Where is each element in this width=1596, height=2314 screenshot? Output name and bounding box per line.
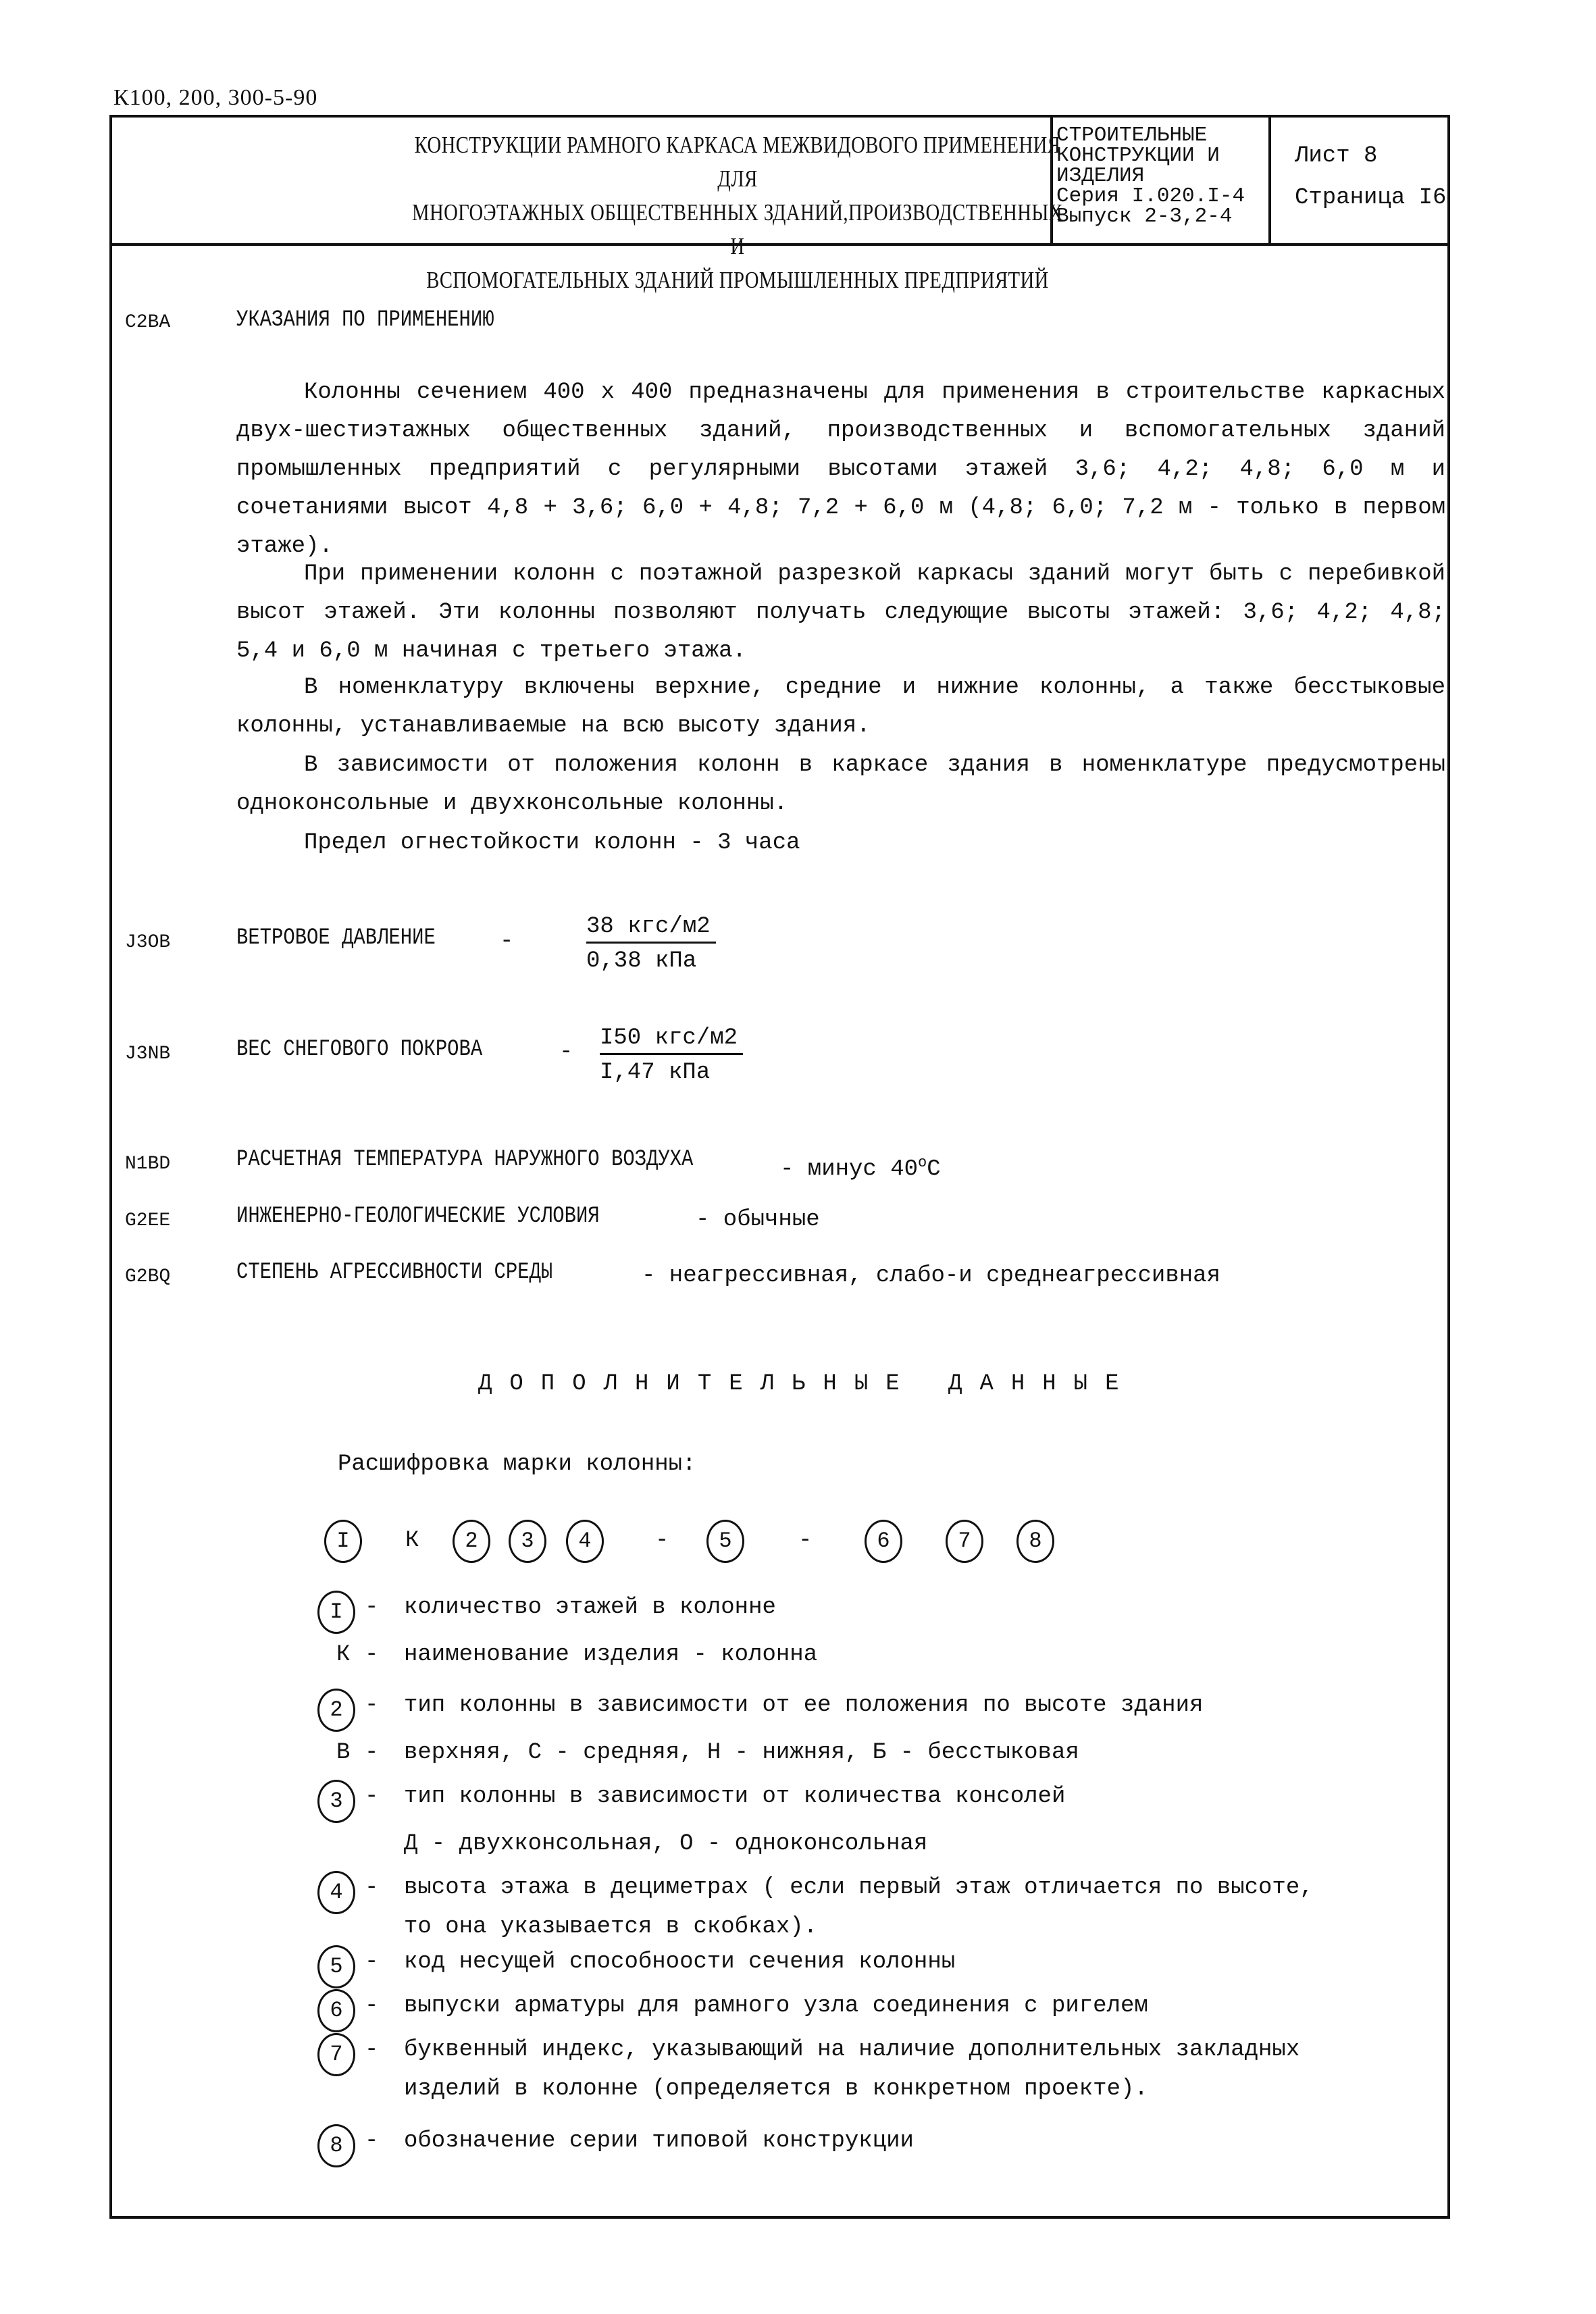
- issue-number: Выпуск 2-3,2-4: [1056, 207, 1266, 227]
- usage-paragraph: Колонны сечением 400 х 400 предназначены…: [236, 374, 1445, 566]
- legend-separator: -: [365, 1642, 378, 1668]
- series-line: ИЗДЕЛИЯ: [1056, 166, 1266, 186]
- mark-letter-k: К: [405, 1528, 419, 1553]
- temperature-row: РАСЧЕТНАЯ ТЕМПЕРАТУРА НАРУЖНОГО ВОЗДУХА: [236, 1147, 774, 1173]
- temperature-label: РАСЧЕТНАЯ ТЕМПЕРАТУРА НАРУЖНОГО ВОЗДУХА: [236, 1147, 693, 1173]
- snow-code: J3NB: [125, 1044, 170, 1064]
- additional-data-title: ДОПОЛНИТЕЛЬНЫЕ ДАННЫЕ: [478, 1371, 1136, 1397]
- snow-value-kpa: I,47 кПа: [600, 1058, 743, 1087]
- snow-value-kgf: I50 кгс/м2: [600, 1023, 743, 1055]
- series-line: СТРОИТЕЛЬНЫЕ: [1056, 126, 1266, 146]
- mark-circle-4: 4: [566, 1520, 604, 1563]
- legend-text: наименование изделия - колонна: [404, 1642, 817, 1668]
- geology-label: ИНЖЕНЕРНО-ГЕОЛОГИЧЕСКИЕ УСЛОВИЯ: [236, 1204, 600, 1229]
- wind-code: J3OB: [125, 932, 170, 953]
- legend-text: количество этажей в колонне: [404, 1595, 776, 1620]
- mark-dash: -: [798, 1528, 812, 1553]
- mark-circle-6: 6: [865, 1520, 902, 1563]
- title-line: МНОГОЭТАЖНЫХ ОБЩЕСТВЕННЫХ ЗДАНИЙ,ПРОИЗВО…: [405, 196, 1070, 263]
- legend-text: выпуски арматуры для рамного узла соедин…: [404, 1993, 1148, 2019]
- legend-separator: -: [365, 1784, 378, 1809]
- header-divider: [1268, 115, 1271, 243]
- sheet-block: Лист 8 Страница I6: [1295, 135, 1446, 219]
- mark-dash: -: [655, 1528, 669, 1553]
- usage-paragraph: В номенклатуру включены верхние, средние…: [236, 669, 1445, 746]
- header-divider: [1050, 115, 1053, 243]
- aggressiveness-label: СТЕПЕНЬ АГРЕССИВНОСТИ СРЕДЫ: [236, 1260, 552, 1285]
- legend-key-letter: В: [336, 1740, 350, 1766]
- sheet-number: Лист 8: [1295, 135, 1446, 177]
- legend-key-letter: К: [336, 1642, 350, 1668]
- wind-label: ВЕТРОВОЕ ДАВЛЕНИЕ: [236, 925, 436, 951]
- section-title-usage: УКАЗАНИЯ ПО ПРИМЕНЕНИЮ: [236, 307, 494, 333]
- fire-resistance: Предел огнестойкости колонн - 3 часа: [236, 824, 1445, 863]
- snow-label: ВЕС СНЕГОВОГО ПОКРОВА: [236, 1037, 482, 1062]
- legend-separator: -: [365, 1949, 378, 1975]
- mark-circle-2: 2: [453, 1520, 490, 1563]
- geology-code: G2EE: [125, 1210, 170, 1231]
- document-code: К100, 200, 300-5-90: [113, 85, 317, 111]
- legend-key-circle: 2: [317, 1689, 355, 1732]
- series-line: КОНСТРУКЦИИ И: [1056, 146, 1266, 166]
- page-number: Страница I6: [1295, 177, 1446, 219]
- snow-value: I50 кгс/м2 I,47 кПа: [600, 1023, 743, 1087]
- usage-paragraph: При применении колонн с поэтажной разрез…: [236, 555, 1445, 671]
- legend-text-continued: изделий в колонне (определяется в конкре…: [404, 2076, 1148, 2102]
- mark-circle-5: 5: [706, 1520, 744, 1563]
- aggressiveness-code: G2BQ: [125, 1266, 170, 1287]
- legend-text: высота этажа в дециметрах ( если первый …: [404, 1875, 1314, 1901]
- usage-paragraph: В зависимости от положения колонн в карк…: [236, 746, 1445, 823]
- title-block: КОНСТРУКЦИИ РАМНОГО КАРКАСА МЕЖВИДОВОГО …: [109, 115, 1450, 246]
- aggressiveness-value: - неагрессивная, слабо-и среднеагрессивн…: [642, 1257, 1220, 1295]
- legend-text-continued: то она указывается в скобках).: [404, 1914, 817, 1940]
- geology-value: - обычные: [696, 1201, 820, 1239]
- mark-circle-1: I: [324, 1520, 362, 1563]
- series-block: СТРОИТЕЛЬНЫЕ КОНСТРУКЦИИ И ИЗДЕЛИЯ Серия…: [1056, 126, 1266, 227]
- series-number: Серия I.020.I-4: [1056, 186, 1266, 207]
- legend-text: верхняя, С - средняя, Н - нижняя, Б - бе…: [404, 1740, 1079, 1766]
- title-line: ВСПОМОГАТЕЛЬНЫХ ЗДАНИЙ ПРОМЫШЛЕННЫХ ПРЕД…: [405, 263, 1070, 297]
- temperature-code: N1BD: [125, 1154, 170, 1175]
- mark-circle-8: 8: [1016, 1520, 1054, 1563]
- legend-separator: -: [365, 1993, 378, 2019]
- wind-value-kgf: 38 кгс/м2: [586, 912, 716, 944]
- legend-text: код несущей способноости сечения колонны: [404, 1949, 955, 1975]
- wind-value-kpa: 0,38 кПа: [586, 946, 716, 976]
- legend-separator: -: [365, 2037, 378, 2063]
- mark-circle-3: 3: [509, 1520, 546, 1563]
- legend-text: тип колонны в зависимости от ее положени…: [404, 1693, 1203, 1718]
- wind-dash: -: [500, 923, 513, 960]
- legend-key-circle: 7: [317, 2033, 355, 2076]
- mark-circle-7: 7: [946, 1520, 983, 1563]
- legend-separator: -: [365, 2128, 378, 2154]
- snow-dash: -: [559, 1033, 573, 1071]
- legend-separator: -: [365, 1595, 378, 1620]
- legend-separator: -: [365, 1875, 378, 1901]
- legend-text: обозначение серии типовой конструкции: [404, 2128, 914, 2154]
- legend-key-circle: 5: [317, 1945, 355, 1988]
- section-code: C2BA: [125, 312, 170, 333]
- legend-key-circle: 4: [317, 1871, 355, 1914]
- temperature-value: - минус 40оС: [780, 1144, 941, 1188]
- legend-separator: -: [365, 1740, 378, 1766]
- title-line: КОНСТРУКЦИИ РАМНОГО КАРКАСА МЕЖВИДОВОГО …: [405, 128, 1070, 196]
- legend-key-circle: I: [317, 1591, 355, 1634]
- legend-text: буквенный индекс, указывающий на наличие…: [404, 2037, 1299, 2063]
- legend-key-circle: 8: [317, 2124, 355, 2167]
- legend-separator: -: [365, 1693, 378, 1718]
- legend-key-circle: 3: [317, 1780, 355, 1823]
- legend-text: тип колонны в зависимости от количества …: [404, 1784, 1065, 1809]
- document-title: КОНСТРУКЦИИ РАМНОГО КАРКАСА МЕЖВИДОВОГО …: [405, 128, 1070, 297]
- legend-key-circle: 6: [317, 1989, 355, 2032]
- wind-value: 38 кгс/м2 0,38 кПа: [586, 912, 716, 976]
- decode-label: Расшифровка марки колонны:: [338, 1445, 696, 1483]
- legend-text: Д - двухконсольная, О - одноконсольная: [404, 1831, 927, 1857]
